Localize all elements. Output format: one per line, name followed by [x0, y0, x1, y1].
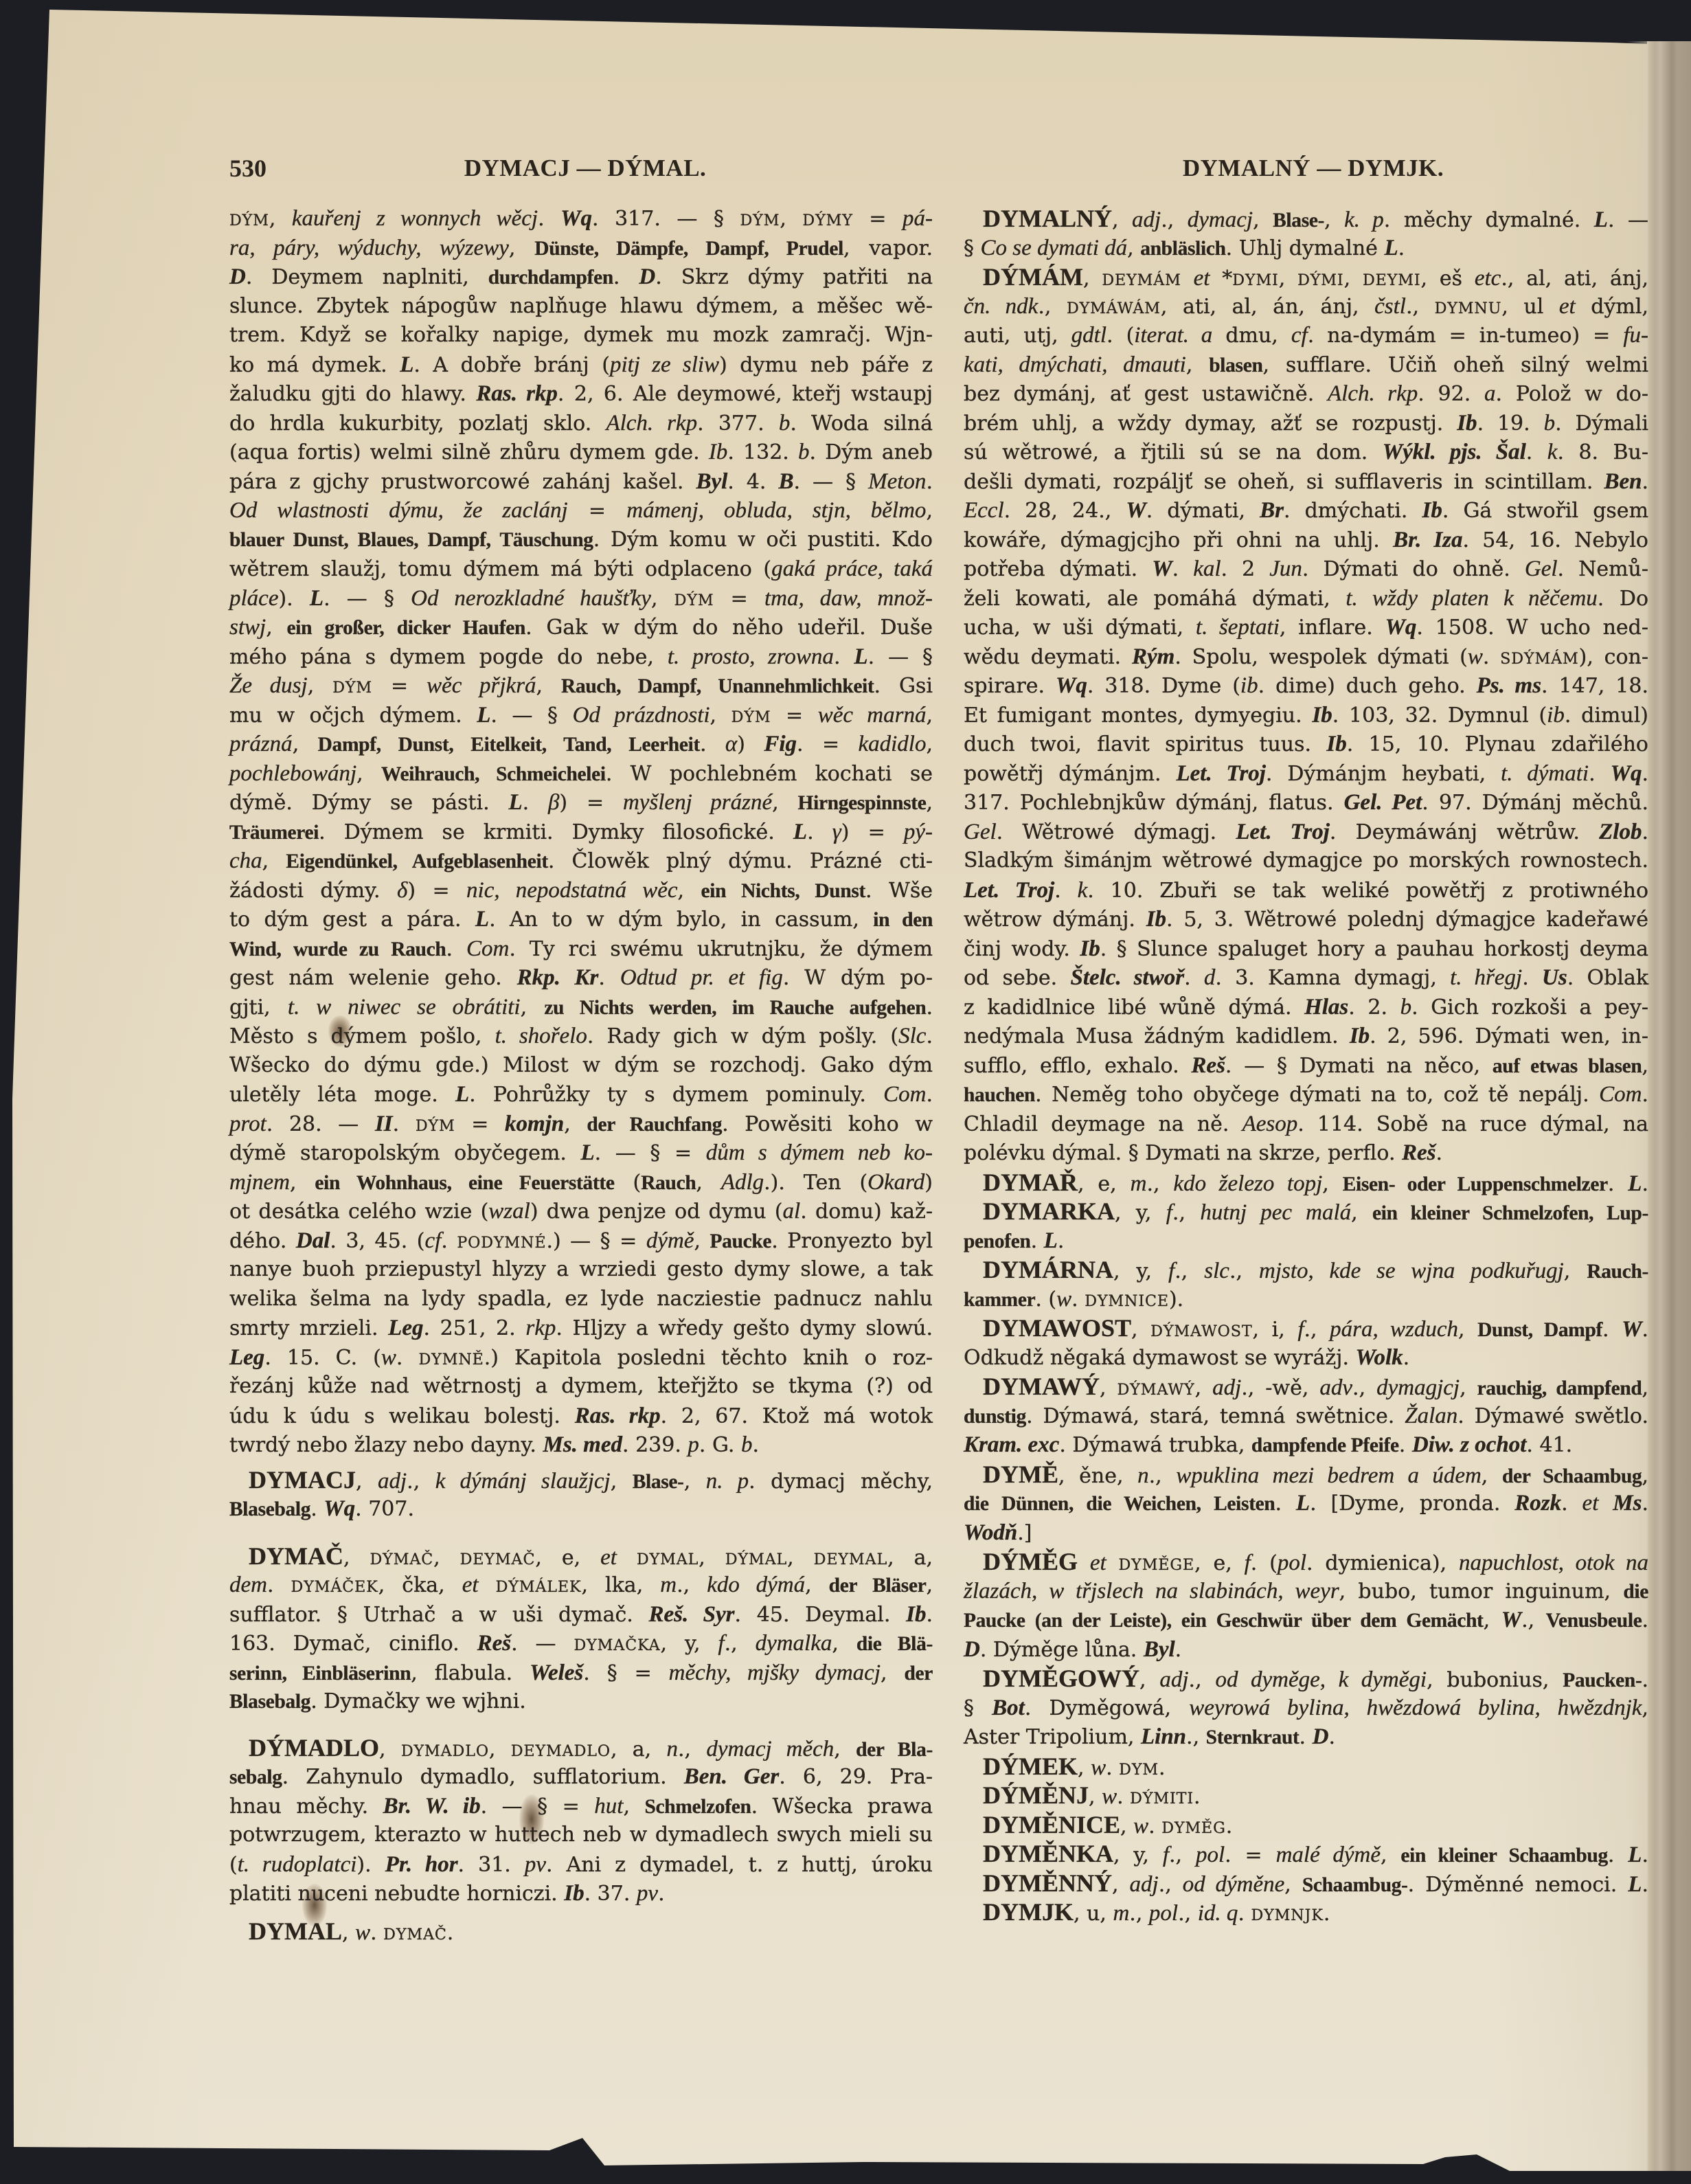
italic-text: stwj — [229, 615, 266, 640]
headword: DÝMĚNJ — [983, 1781, 1089, 1809]
text-line: kati, dmýchati, dmauti, blasen, sufflare… — [964, 350, 1648, 380]
small-caps-reference: SDÝMÁM — [1500, 650, 1578, 668]
italic-text: n. p — [706, 1469, 749, 1494]
source-abbreviation: Ras. rkp — [575, 1404, 661, 1428]
text-line: stwj, ein großer, dicker Haufen. Gak w d… — [229, 613, 933, 642]
headword-line: DYMĚNNÝ, adj., od dýměne, Schaambug-. Dý… — [964, 1869, 1648, 1898]
text-line: platiti nuceni nebudte horniczi. Ib. 37.… — [229, 1879, 933, 1909]
italic-text: kauřenj z wonnych wěcj — [292, 206, 538, 231]
source-abbreviation: Fig — [764, 732, 797, 756]
italic-text: cf — [1291, 323, 1308, 348]
text-line: Wšecko do dýmu gde.) Milost w dým se roz… — [229, 1051, 933, 1081]
source-abbreviation: Wolk — [1356, 1345, 1403, 1370]
text-line: kowáře, dýmagjcjho při ohni na uhlj. Br.… — [964, 526, 1648, 555]
text-line: powětřj dýmánjm. Let. Troj. Dýmánjm heyb… — [964, 759, 1648, 789]
italic-text: t. prosto, zrowna — [668, 644, 834, 669]
text-line: prázná, Dampf, Dunst, Eitelkeit, Tand, L… — [229, 730, 933, 759]
small-caps-reference: DÝM — [740, 212, 780, 229]
source-abbreviation: Reš — [477, 1631, 512, 1656]
text-line: Odkudž něgaká dymawost se wyrážj. Wolk. — [964, 1343, 1648, 1373]
text-line: mjnem, ein Wohnhaus, eine Feuerstätte (R… — [229, 1168, 933, 1197]
italic-text: et — [1090, 1551, 1106, 1575]
text-line: prot. 28. — II. DÝM = komjn, der Rauchfa… — [229, 1110, 933, 1139]
text-line: serinn, Einbläserinn, flabula. Weleš. § … — [229, 1658, 933, 1688]
source-abbreviation: Gel. Pet — [1344, 790, 1422, 815]
headword-line: DYMÁRNA, y, f., slc., mjsto, kde se wjna… — [964, 1255, 1648, 1285]
text-line: dunstig. Dýmawá, stará, temná swětnice. … — [964, 1401, 1648, 1431]
text-line: želi kowati, ale pomáhá dýmati, t. wždy … — [964, 584, 1648, 613]
text-line: (aqua fortis) welmi silně zhůru dymem gd… — [229, 438, 933, 467]
german-fraktur-text: dampfende Pfeife — [1251, 1434, 1399, 1456]
italic-text: měchy, mjšky dymacj — [669, 1660, 881, 1685]
german-fraktur-text: ein kleiner Schmelzofen, Lup- — [1372, 1202, 1648, 1224]
text-line: Eccl. 28, 24., W. dýmati, Br. dmýchati. … — [964, 496, 1648, 526]
italic-text: Eccl — [964, 498, 1004, 523]
italic-text: Od wlastnosti dýmu, že zaclánj — [229, 498, 568, 523]
source-abbreviation: L — [1384, 236, 1398, 260]
small-caps-reference: DYMAČ — [383, 1926, 447, 1944]
italic-text: rkp — [525, 1316, 556, 1340]
text-line: Wodň.] — [964, 1518, 1648, 1548]
german-fraktur-text: der Bla- — [856, 1739, 933, 1761]
italic-text: f — [1245, 1551, 1251, 1575]
text-line: řezánj kůže nad wětrnostj a dymem, kteřj… — [229, 1372, 933, 1401]
italic-text: et — [1559, 294, 1576, 319]
text-line: Město s dýmem pošlo, t. shořelo. Rady gi… — [229, 1022, 933, 1051]
small-caps-reference: DÝM — [332, 679, 372, 697]
text-line: die Dünnen, die Weichen, Leisten. L. [Dy… — [964, 1489, 1648, 1518]
italic-text: b — [1400, 995, 1412, 1020]
headword-line: DYMAČ, DÝMAČ, DEYMAČ, e, et DYMAL, DÝMAL… — [229, 1542, 933, 1571]
italic-text: pitj ze sliw — [610, 352, 719, 377]
source-abbreviation: Reš. Syr — [649, 1602, 735, 1627]
german-fraktur-text: Schaambug- — [1302, 1874, 1408, 1896]
headword-line: DYMAŘ, e, m., kdo železo topj, Eisen- od… — [964, 1168, 1648, 1197]
text-line: hnau měchy. Br. W. ib. — § = hut, Schmel… — [229, 1792, 933, 1821]
headword: DYMALNÝ — [983, 205, 1112, 232]
text-line: uletěly léta moge. L. Pohrůžky ty s dyme… — [229, 1080, 933, 1110]
running-head-left: DYMACJ — DÝMAL. — [229, 154, 941, 183]
italic-text: p — [688, 1432, 699, 1457]
text-line: ucha, w uši dýmati, t. šeptati, inflare.… — [964, 613, 1648, 642]
text-line: D. Dýměge lůna. Byl. — [964, 1635, 1648, 1665]
headword-line: DYMĚNICE, w. DYMĚG. — [964, 1810, 1648, 1840]
german-fraktur-text: serinn, Einbläserinn — [229, 1663, 411, 1685]
italic-text: ib — [1240, 673, 1258, 698]
text-line: od sebe. Štelc. stwoř. d. 3. Kamna dymag… — [964, 963, 1648, 993]
italic-text: dýmě — [646, 1228, 694, 1253]
italic-text: et — [1582, 1491, 1599, 1516]
dictionary-entry-dymadlo: DÝMADLO, DYMADLO, DEYMADLO, a, n., dymac… — [229, 1733, 933, 1909]
italic-text: malé dýmě — [1276, 1843, 1381, 1867]
italic-text: wzal — [488, 1199, 530, 1224]
german-fraktur-text: blauer Dunst, Blaues, Dampf, Täuschung — [229, 529, 593, 551]
source-abbreviation: Let. Troj — [964, 878, 1054, 903]
italic-text: pol — [1196, 1843, 1225, 1867]
headword-line: DYMAWÝ, DÝMAWÝ, adj., -wě, adv., dymagjc… — [964, 1372, 1648, 1401]
italic-text: et — [462, 1573, 479, 1597]
source-abbreviation: Bot — [992, 1696, 1025, 1720]
text-line: ot desátka celého wzie (wzal) dwa penjze… — [229, 1197, 933, 1226]
text-line: cha, Eigendünkel, Aufgeblasenheit. Člowě… — [229, 846, 933, 876]
source-abbreviation: Ib — [1312, 703, 1332, 728]
german-fraktur-text: ein Wohnhaus, eine Feuerstätte — [315, 1172, 614, 1194]
italic-text: tma, daw, množ- — [764, 586, 933, 611]
small-caps-reference: DEYMAČ — [460, 1551, 536, 1568]
source-abbreviation: L — [1044, 1228, 1058, 1253]
small-caps-reference: DEYMI — [1363, 271, 1421, 289]
small-caps-reference: DÝM — [416, 1117, 455, 1135]
headword: DÝMÁM — [983, 263, 1083, 291]
german-fraktur-text: die Dünnen, die Weichen, Leisten — [964, 1493, 1275, 1515]
italic-text: od dyměge, k dyměgi — [1215, 1667, 1427, 1692]
text-line: pochlebowánj, Weihrauch, Schmeichelei. W… — [229, 759, 933, 789]
source-abbreviation: Ib — [1146, 907, 1166, 932]
italic-text: kal — [1193, 556, 1221, 581]
italic-text: mjsto, kde se wjna podkuřugj — [1259, 1259, 1564, 1283]
italic-text: Žalan — [1405, 1404, 1457, 1428]
small-caps-reference: DEYMADLO — [511, 1742, 611, 1760]
italic-text: et — [1194, 266, 1210, 291]
text-line: sú wětrowé, a řjtili sú se na dom. Wýkl.… — [964, 438, 1648, 467]
italic-text: Co se dymati dá — [981, 236, 1128, 260]
german-fraktur-text: Blasebalg — [229, 1691, 310, 1713]
italic-text: m — [1113, 1901, 1129, 1926]
italic-text: prázná — [229, 732, 293, 756]
italic-text: t. w niwec se obrátiti — [288, 995, 521, 1020]
italic-text: myšlenj prázné — [623, 790, 772, 815]
italic-text: f — [1166, 1200, 1172, 1225]
italic-text: nic, nepodstatná wěc — [466, 878, 678, 903]
italic-text: etc — [1475, 266, 1501, 291]
text-line: twrdý nebo žlazy nebo dayny. Ms. med. 23… — [229, 1430, 933, 1460]
german-fraktur-text: Rauch- — [1587, 1261, 1648, 1283]
source-abbreviation: Ib — [1080, 936, 1100, 961]
dictionary-entry-dymawy: DYMAWÝ, DÝMAWÝ, adj., -wě, adv., dymagjc… — [964, 1372, 1648, 1460]
italic-text: Com — [466, 936, 509, 961]
text-line: Aster Tripolium, Linn., Sternkraut. D. — [964, 1722, 1648, 1752]
text-line: Et fumigant montes, dymyegiu. Ib. 103, 3… — [964, 701, 1648, 730]
headword: DYMAL — [249, 1917, 342, 1945]
text-line: 317. Pochlebnjkůw dýmánj, flatus. Gel. P… — [964, 788, 1648, 818]
german-fraktur-text: kammer — [964, 1289, 1035, 1311]
italic-text: adv — [1319, 1375, 1352, 1400]
small-caps-reference: DÝMAČ — [370, 1551, 434, 1568]
dictionary-entry-dymek: DÝMEK, w. DYM. — [964, 1752, 1648, 1781]
german-fraktur-text: Paucke — [710, 1230, 772, 1252]
headword: DÝMĚG — [983, 1548, 1078, 1575]
small-caps-reference: DÝMI — [1297, 271, 1343, 289]
small-caps-reference: DYMNĚ — [419, 1351, 484, 1369]
italic-text: dem — [229, 1573, 267, 1597]
source-abbreviation: Ib — [1457, 411, 1477, 436]
source-abbreviation: W — [1126, 498, 1146, 523]
italic-text: n — [1137, 1463, 1149, 1488]
italic-text: fu- — [1623, 323, 1648, 348]
italic-text: Com — [883, 1082, 926, 1107]
text-line: slunce. Zbytek nápogůw naplňuge hlawu dý… — [229, 292, 933, 322]
text-line: penofen. L. — [964, 1226, 1648, 1256]
text-line: § Bot. Dyměgowá, weyrowá bylina, hwězdow… — [964, 1693, 1648, 1723]
italic-text: adj — [1159, 1667, 1188, 1692]
italic-text: m — [1131, 1171, 1147, 1196]
text-line: Že dusj, DÝM = wěc přjkrá, Rauch, Dampf,… — [229, 671, 933, 701]
german-fraktur-text: Paucken- — [1563, 1669, 1642, 1691]
source-abbreviation: Ib — [1326, 732, 1346, 756]
german-fraktur-text: Dunst, Dampf — [1477, 1319, 1602, 1341]
text-line: to dým gest a pára. L. An to w dým bylo,… — [229, 905, 933, 934]
italic-text: t. dýmati — [1501, 761, 1589, 786]
italic-text: kdo železo topj — [1173, 1171, 1322, 1196]
italic-text: hut — [594, 1794, 623, 1819]
headword: DYMĚ — [983, 1461, 1058, 1488]
source-abbreviation: L — [477, 703, 490, 728]
text-line: údu k údu s welikau bolestj. Ras. rkp. 2… — [229, 1401, 933, 1431]
german-fraktur-text: in den — [873, 909, 933, 931]
small-caps-reference: DYMĚGE — [1118, 1556, 1194, 1574]
headword: DYMĚGOWÝ — [983, 1665, 1139, 1692]
headword: DÝMADLO — [249, 1734, 379, 1761]
headword-line: DÝMĚNJ, w. DÝMITI. — [964, 1781, 1648, 1810]
source-abbreviation: L — [1594, 207, 1608, 232]
italic-text: b — [798, 440, 810, 464]
italic-text: Aesop — [1242, 1112, 1298, 1136]
text-line: wětrow dýmánj. Ib. 5, 3. Wětrowé polednj… — [964, 905, 1648, 934]
small-caps-reference: DYM — [1119, 1761, 1159, 1779]
italic-text: t. rudoplatci — [238, 1852, 357, 1877]
text-line: wědu deymati. Rým. Spolu, wespolek dýmat… — [964, 642, 1648, 672]
small-caps-reference: DYMNICE — [1085, 1292, 1169, 1310]
text-line: Chladil deymage na ně. Aesop. 114. Sobě … — [964, 1110, 1648, 1139]
source-abbreviation: Ib — [564, 1881, 584, 1906]
small-caps-reference: DÝMAWOST — [1150, 1322, 1252, 1340]
italic-text: ib — [1547, 703, 1565, 728]
headword: DYMĚNKA — [983, 1840, 1113, 1867]
italic-text: ra, páry, wýduchy, wýzewy — [229, 236, 509, 260]
right-column: DYMALNÝ, adj., dymacj, Blase-, k. p. měc… — [964, 204, 1648, 1927]
text-line: čn. ndk., DYMÁWÁM, ati, al, án, ánj, čst… — [964, 292, 1648, 322]
text-line: 163. Dymač, ciniflo. Reš. — DYMAČKA, y, … — [229, 1629, 933, 1658]
source-abbreviation: Wodň — [964, 1520, 1017, 1545]
italic-text: kdo dýmá — [707, 1573, 805, 1597]
italic-text: cha — [229, 848, 262, 873]
text-line: žlazách, w třjslech na slabinách, weyr, … — [964, 1577, 1648, 1606]
german-fraktur-text: Dampf, Dunst, Eitelkeit, Tand, Leerheit — [318, 734, 700, 756]
small-caps-reference: DÝM — [229, 212, 269, 229]
text-line: § Co se dymati dá, anbläslich. Uhlj dyma… — [964, 234, 1648, 263]
dictionary-entry-dymam: DÝMÁM, DEYMÁM et *DYMI, DÝMI, DEYMI, eš … — [964, 262, 1648, 1168]
german-fraktur-text: Paucke (an der Leiste), ein Geschwür übe… — [964, 1610, 1484, 1632]
source-abbreviation: Reš — [1402, 1140, 1436, 1165]
headword: DYMAŘ — [983, 1169, 1078, 1196]
source-abbreviation: L — [310, 586, 324, 611]
small-caps-reference: DÝMITI — [1130, 1790, 1194, 1808]
italic-text: wěc marná — [818, 703, 927, 728]
source-abbreviation: Rozk — [1514, 1491, 1561, 1516]
italic-text: pá- — [903, 206, 933, 231]
german-fraktur-text: anbläslich — [1140, 238, 1225, 260]
italic-text: w — [1133, 1814, 1148, 1838]
italic-text: weyrowá bylina, hwězdowá bylina, hwězdnj… — [1189, 1696, 1642, 1720]
italic-text: k dýmánj slaužjcj — [435, 1469, 611, 1494]
source-abbreviation: Linn — [1141, 1724, 1186, 1749]
source-abbreviation: L — [400, 352, 413, 377]
italic-text: slc — [1204, 1259, 1229, 1283]
text-line: (t. rudoplatci). Pr. hor. 31. pv. Ani z … — [229, 1850, 933, 1880]
italic-text: mjnem — [229, 1170, 290, 1195]
source-abbreviation: Us — [1542, 965, 1567, 990]
italic-text: t. wždy platen k něčemu — [1346, 586, 1597, 611]
source-abbreviation: Br. W. ib — [383, 1794, 481, 1819]
small-caps-reference: DEYMAL — [814, 1551, 887, 1568]
headword: DYMJK — [983, 1898, 1074, 1926]
source-abbreviation: D — [1313, 1724, 1329, 1749]
italic-text: w — [1091, 1755, 1106, 1780]
source-abbreviation: komjn — [505, 1112, 564, 1136]
source-abbreviation: Byl — [1144, 1637, 1175, 1662]
dictionary-entry-dym-continued: DÝM, kauřenj z wonnych wěcj. Wq. 317. — … — [229, 204, 933, 1460]
italic-text: w — [355, 1920, 370, 1945]
source-abbreviation: L — [508, 790, 522, 815]
source-abbreviation: L — [475, 907, 489, 932]
italic-text: w — [1468, 644, 1483, 669]
german-fraktur-text: der Schaambug — [1502, 1465, 1642, 1487]
dictionary-entry-dymarka: DYMARKA, y, f., hutnj pec malá, ein klei… — [964, 1197, 1648, 1255]
text-line: dýmě. Dýmy se pásti. L. β) = myšlenj prá… — [229, 788, 933, 818]
text-line: auti, utj, gdtl. (iterat. a dmu, cf. na-… — [964, 321, 1648, 350]
text-line: mého pána s dymem pogde do nebe, t. pros… — [229, 642, 933, 672]
source-abbreviation: Ms — [1613, 1491, 1642, 1516]
source-abbreviation: L — [580, 1140, 594, 1165]
running-head-right: DYMALNÝ — DYMJK. — [964, 154, 1663, 183]
text-line: Kram. exc. Dýmawá trubka, dampfende Pfei… — [964, 1430, 1648, 1460]
source-abbreviation: L — [455, 1082, 469, 1107]
headword-line: DÝMEK, w. DYM. — [964, 1752, 1648, 1781]
headword: DÝMEK — [983, 1753, 1078, 1780]
italic-text: Gel — [964, 820, 997, 844]
text-line: potwrzugem, kterazto w huttech neb w dym… — [229, 1821, 933, 1850]
italic-text: od dýměne — [1183, 1872, 1284, 1897]
text-line: Gel. Wětrowé dýmagj. Let. Troj. Deymáwán… — [964, 818, 1648, 847]
german-fraktur-text: die — [1623, 1581, 1648, 1603]
german-fraktur-text: Blase- — [1273, 210, 1324, 232]
headword-line: DYMJK, u, m., pol., id. q. DYMNJK. — [964, 1898, 1648, 1927]
dictionary-entry-dymar: DYMAŘ, e, m., kdo železo topj, Eisen- od… — [964, 1168, 1648, 1197]
source-abbreviation: Rkp. Kr — [517, 965, 599, 990]
german-fraktur-text: durchdampfen — [488, 267, 613, 289]
dictionary-entry-dymenka: DYMĚNKA, y, f., pol. = malé dýmě, ein kl… — [964, 1839, 1648, 1869]
italic-text: a — [1484, 381, 1496, 406]
italic-text: Adlg — [721, 1170, 764, 1195]
german-fraktur-text: Rauch, Dampf, Unannehmlichkeit — [561, 675, 874, 697]
german-fraktur-text: Träumerei — [229, 822, 319, 844]
italic-text: žlazách, w třjslech na slabinách, weyr — [964, 1579, 1339, 1603]
german-fraktur-text: dunstig — [964, 1406, 1026, 1428]
text-line: welika šelma na lydy spadla, ez lyde nac… — [229, 1285, 933, 1314]
headword-line: DYMĚ, ěne, n., wpuklina mezi bedrem a úd… — [964, 1460, 1648, 1489]
italic-text: pochlebowánj — [229, 761, 356, 786]
source-abbreviation: Ib — [906, 1602, 926, 1627]
italic-text: m — [660, 1573, 677, 1597]
source-abbreviation: Ms. med — [543, 1432, 623, 1457]
italic-text: adj — [1130, 1872, 1159, 1897]
source-abbreviation: W — [1622, 1317, 1642, 1342]
dictionary-entry-dymegowy: DYMĚGOWÝ, adj., od dyměge, k dyměgi, bub… — [964, 1664, 1648, 1752]
source-abbreviation: Let. Troj — [1177, 761, 1266, 786]
source-abbreviation: Štelc. stwoř — [1070, 965, 1184, 990]
text-line: Blasebalg. Dymačky we wjhni. — [229, 1687, 933, 1717]
german-fraktur-text: Eigendünkel, Aufgeblasenheit — [286, 851, 547, 873]
source-abbreviation: Let. Troj — [1236, 820, 1330, 844]
small-caps-reference: DYMAČKA — [574, 1636, 660, 1654]
italic-text: γ — [832, 820, 841, 844]
headword-line: DÝMÁM, DEYMÁM et *DYMI, DÝMI, DEYMI, eš … — [964, 262, 1648, 292]
text-line: Träumerei. Dýmem se krmiti. Dymky filoso… — [229, 818, 933, 847]
source-abbreviation: Wq — [1385, 615, 1417, 640]
source-abbreviation: Ben — [1604, 469, 1642, 494]
italic-text: wpuklina mezi bedrem a údem — [1176, 1463, 1481, 1488]
italic-text: wěc přjkrá — [427, 673, 536, 698]
headword: DYMAČ — [249, 1542, 343, 1570]
italic-text: gdtl — [1071, 323, 1106, 348]
german-fraktur-text: zu Nichts werden, im Rauche aufgehen — [544, 997, 926, 1019]
small-caps-reference: DÝMÁLEK — [496, 1578, 582, 1596]
italic-text: iterat. a — [1134, 323, 1212, 348]
italic-text: δ — [397, 878, 407, 903]
german-fraktur-text: ein Nichts, Dunst — [701, 880, 866, 902]
headword-line: DÝMADLO, DYMADLO, DEYMADLO, a, n., dymac… — [229, 1733, 933, 1763]
small-caps-reference: DYMADLO — [401, 1742, 489, 1760]
headword: DYMACJ — [249, 1466, 356, 1494]
italic-text: adj — [1132, 207, 1161, 232]
source-abbreviation: Leg — [388, 1316, 423, 1340]
source-abbreviation: W — [1501, 1608, 1521, 1632]
dictionary-entry-dymacj: DYMACJ, adj., k dýmánj slaužjcj, Blase-,… — [229, 1465, 933, 1524]
source-abbreviation: Dal — [296, 1228, 330, 1253]
german-fraktur-text: Rauch — [641, 1172, 696, 1194]
german-fraktur-text: sebalg — [229, 1766, 282, 1788]
text-line: spirare. Wq. 318. Dyme (ib. dime) duch g… — [964, 671, 1648, 701]
page-edge-binding — [1647, 41, 1691, 2171]
text-line: mu w očjch dýmem. L. — § Od prázdnosti, … — [229, 701, 933, 730]
small-caps-reference: DEYMÁM — [1102, 271, 1181, 289]
text-line: nanye buoh prziepustyl hlyzy a wrziedi g… — [229, 1255, 933, 1285]
source-abbreviation: Kram. exc — [964, 1432, 1059, 1457]
german-fraktur-text: Hirngespinnste — [798, 792, 927, 814]
italic-text: cf — [424, 1228, 441, 1253]
text-line: brém uhlj, a wždy dymay, ažť se rozpustj… — [964, 409, 1648, 438]
source-abbreviation: Pr. hor — [385, 1852, 458, 1877]
italic-text: Od nerozkladné haušťky — [411, 586, 651, 611]
source-abbreviation: Reš — [1191, 1053, 1225, 1078]
italic-text: Alch. rkp — [1328, 381, 1418, 406]
text-line: z kadidlnice libé wůně dýmá. Hlas. 2. b.… — [964, 993, 1648, 1022]
italic-text: dům s dýmem neb ko- — [706, 1140, 933, 1165]
small-caps-reference: DYMAL — [637, 1551, 699, 1568]
headword-line: DYMĚGOWÝ, adj., od dyměge, k dyměgi, bub… — [964, 1664, 1648, 1693]
headword: DYMARKA — [983, 1197, 1115, 1225]
headword-line: DYMARKA, y, f., hutnj pec malá, ein klei… — [964, 1197, 1648, 1226]
italic-text: Ib — [709, 440, 728, 464]
german-fraktur-text: Blasebalg — [229, 1498, 310, 1520]
source-abbreviation: B — [778, 469, 793, 494]
text-line: Wind, wurde zu Rauch. Com. Ty rci swému … — [229, 934, 933, 964]
source-abbreviation: L — [1628, 1843, 1642, 1867]
italic-text: id. q — [1198, 1901, 1238, 1926]
small-caps-reference: DYMĚG — [1161, 1819, 1226, 1837]
italic-text: t. hřegj — [1450, 965, 1522, 990]
italic-text: Odtud pr. et fig — [620, 965, 783, 990]
